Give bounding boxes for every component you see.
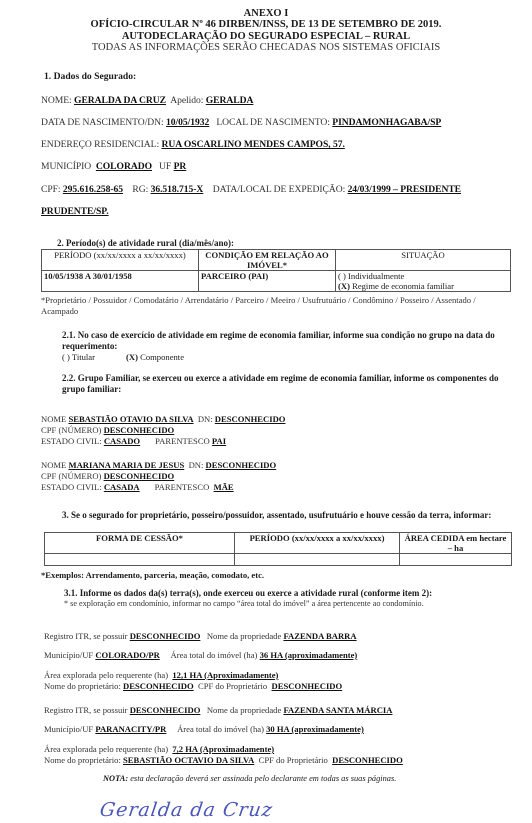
owner-cpf-label: CPF do Proprietário xyxy=(259,755,328,765)
member-cpf: DESCONHECIDO xyxy=(104,425,175,435)
total-area-value: 36 HA (aproximadamente) xyxy=(260,650,358,660)
property-name-value: FAZENDA BARRA xyxy=(283,631,356,641)
property-1-area-row: Município/UF COLORADO/PR Área total do i… xyxy=(44,650,357,660)
column-condition: CONDIÇÃO EM RELAÇÃO AO IMÓVEL* xyxy=(199,250,336,271)
property-2-itr-row: Registro ITR, se possuir DESCONHECIDO No… xyxy=(44,705,392,715)
member-civil: CASADO xyxy=(104,436,140,446)
cpf-value: 295.616.258-65 xyxy=(63,184,123,195)
nickname-value: GERALDA xyxy=(206,95,254,106)
member-kinship-label: PARENTESCO xyxy=(155,436,210,446)
table-row xyxy=(45,554,512,566)
birthplace-value: PINDAMONHAGABA/SP xyxy=(332,117,441,128)
titular-option[interactable]: ( ) Titular xyxy=(62,352,95,362)
itr-label: Registro ITR, se possuir xyxy=(44,631,128,641)
total-area-label: Área total do imóvel (ha) xyxy=(171,650,258,660)
condominium-note: * se exploração em condomínio, informar … xyxy=(64,599,424,608)
owner-value: DESCONHECIDO xyxy=(123,681,194,691)
uf-value: PR xyxy=(174,161,187,172)
explored-area-value: 7,2 HA (Aproximadamente) xyxy=(172,744,274,754)
issue-label: DATA/LOCAL DE EXPEDIÇÃO: xyxy=(213,184,346,195)
section-2-1-title: 2.1. No caso de exercício de atividade e… xyxy=(62,330,517,352)
property-1-itr-row: Registro ITR, se possuir DESCONHECIDO No… xyxy=(44,631,357,641)
verification-notice: TODAS AS INFORMAÇÕES SERÃO CHECADAS NOS … xyxy=(0,42,532,54)
explored-area-label: Área explorada pelo requerente (ha) xyxy=(44,670,168,680)
section-1-title: 1. Dados do Segurado: xyxy=(44,71,136,82)
member-cpf-label: CPF (NÚMERO) xyxy=(41,471,101,481)
cession-period-cell[interactable] xyxy=(235,554,400,566)
member-cpf-label: CPF (NÚMERO) xyxy=(41,425,101,435)
explored-area-value: 12,1 HA (Aproximadamente) xyxy=(172,670,278,680)
member-name: SEBASTIÃO OTAVIO DA SILVA xyxy=(68,414,193,424)
situation-option-individual[interactable]: ( ) Individualmente xyxy=(338,271,508,281)
itr-label: Registro ITR, se possuir xyxy=(44,705,128,715)
documents-row: CPF: 295.616.258-65 RG: 36.518.715-X DAT… xyxy=(41,184,461,195)
municipality-row: MUNICÍPIO COLORADO UF PR xyxy=(41,161,186,172)
nickname-label: Apelido: xyxy=(170,95,203,106)
property-2-area-row: Município/UF PARANACITY/PR Área total do… xyxy=(44,724,364,734)
option-label: Titular xyxy=(72,352,95,362)
member-dn: DESCONHECIDO xyxy=(206,460,277,470)
member-kinship-label: PARENTESCO xyxy=(155,482,210,492)
column-situation: SITUAÇÃO xyxy=(336,250,511,271)
ceded-area-cell[interactable] xyxy=(400,554,512,566)
cpf-label: CPF: xyxy=(41,184,61,195)
circular-reference: OFÍCIO-CIRCULAR Nº 46 DIRBEN/INSS, DE 13… xyxy=(0,19,532,31)
itr-value: DESCONHECIDO xyxy=(130,631,201,641)
cession-form-cell[interactable] xyxy=(45,554,235,566)
municipality-value: COLORADO xyxy=(96,161,152,172)
owner-value: SEBASTIÃO OCTAVIO DA SILVA xyxy=(123,755,254,765)
column-cession-form: FORMA DE CESSÃO* xyxy=(45,533,235,554)
owner-label: Nome do proprietário: xyxy=(44,755,121,765)
section-2-2-title: 2.2. Grupo Familiar, se exerceu ou exerc… xyxy=(62,373,517,395)
municipality-uf-value: COLORADO/PR xyxy=(95,650,159,660)
birthdate-label: DATA DE NASCIMENTO/DN: xyxy=(41,117,164,128)
owner-label: Nome do proprietário: xyxy=(44,681,121,691)
member-dn: DESCONHECIDO xyxy=(215,414,286,424)
period-cell: 10/05/1938 A 30/01/1958 xyxy=(42,271,199,292)
note-label: NOTA: xyxy=(103,774,128,783)
property-2-owner-block: Área explorada pelo requerente (ha) 7,2 … xyxy=(44,744,403,765)
municipality-label: MUNICÍPIO xyxy=(41,161,91,172)
total-area-label: Área total do imóvel (ha) xyxy=(177,724,264,734)
column-period: PERÍODO (xx/xx/xxxx a xx/xx/xxxx) xyxy=(42,250,199,271)
condition-cell: PARCEIRO (PAI) xyxy=(199,271,336,292)
family-member-1: NOME SEBASTIÃO OTAVIO DA SILVA DN: DESCO… xyxy=(41,414,285,447)
option-label: Componente xyxy=(140,352,184,362)
column-cession-period: PERÍODO (xx/xx/xxxx a xx/xx/xxxx) xyxy=(235,533,400,554)
name-label: NOME: xyxy=(41,95,72,106)
section-3-1-title: 3.1. Informe os dados da(s) terra(s), on… xyxy=(64,588,432,598)
checkbox-unchecked[interactable]: ( ) xyxy=(338,271,346,281)
issue-continuation: PRUDENTE/SP. xyxy=(41,206,109,217)
table-row: 10/05/1938 A 30/01/1958 PARCEIRO (PAI) (… xyxy=(42,271,511,292)
property-name-label: Nome da propriedade xyxy=(207,631,281,641)
explored-area-label: Área explorada pelo requerente (ha) xyxy=(44,744,168,754)
member-name-label: NOME xyxy=(41,414,66,424)
municipality-uf-label: Município/UF xyxy=(44,650,93,660)
member-civil-label: ESTADO CIVIL: xyxy=(41,482,102,492)
owner-cpf-value: DESCONHECIDO xyxy=(272,681,343,691)
total-area-value: 30 HA (aproximadamente) xyxy=(266,724,364,734)
rg-label: RG: xyxy=(132,184,148,195)
column-ceded-area: ÁREA CEDIDA em hectare – ha xyxy=(400,533,512,554)
section-3-title: 3. Se o segurado for proprietário, posse… xyxy=(62,510,517,521)
rg-value: 36.518.715-X xyxy=(151,184,204,195)
note-text: esta declaração deverá ser assinada pelo… xyxy=(128,774,396,783)
municipality-uf-value: PARANACITY/PR xyxy=(95,724,166,734)
member-name: MARIANA MARIA DE JESUS xyxy=(68,460,184,470)
issue-value: 24/03/1999 – PRESIDENTE xyxy=(348,184,461,195)
checkbox-checked[interactable]: (X) xyxy=(126,352,138,362)
member-civil: CASADA xyxy=(104,482,140,492)
cession-footnote: *Exemplos: Arrendamento, parceria, meaçã… xyxy=(41,570,264,580)
uf-label: UF xyxy=(159,161,171,172)
rural-activity-table: PERÍODO (xx/xx/xxxx a xx/xx/xxxx) CONDIÇ… xyxy=(41,249,511,292)
issue-value-continued: PRUDENTE/SP. xyxy=(41,206,109,217)
table-header-row: FORMA DE CESSÃO* PERÍODO (xx/xx/xxxx a x… xyxy=(45,533,512,554)
municipality-uf-label: Município/UF xyxy=(44,724,93,734)
option-label: Regime de economia familiar xyxy=(352,281,454,291)
member-kinship: MÃE xyxy=(214,482,234,492)
owner-cpf-label: CPF do Proprietário xyxy=(198,681,267,691)
birth-row: DATA DE NASCIMENTO/DN: 10/05/1932 LOCAL … xyxy=(41,117,441,128)
land-cession-table: FORMA DE CESSÃO* PERÍODO (xx/xx/xxxx a x… xyxy=(44,532,512,566)
address-value: RUA OSCARLINO MENDES CAMPOS, 57. xyxy=(161,139,344,150)
property-1-owner-block: Área explorada pelo requerente (ha) 12,1… xyxy=(44,670,342,691)
address-row: ENDEREÇO RESIDENCIAL: RUA OSCARLINO MEND… xyxy=(41,139,345,150)
family-member-2: NOME MARIANA MARIA DE JESUS DN: DESCONHE… xyxy=(41,460,276,493)
checkbox-checked[interactable]: (X) xyxy=(338,281,350,291)
property-name-value: FAZENDA SANTA MÁRCIA xyxy=(283,705,392,715)
member-kinship: PAI xyxy=(212,436,226,446)
table-header-row: PERÍODO (xx/xx/xxxx a xx/xx/xxxx) CONDIÇ… xyxy=(42,250,511,271)
birthplace-label: LOCAL DE NASCIMENTO: xyxy=(216,117,330,128)
member-dn-label: DN: xyxy=(198,414,213,424)
situation-cell: ( ) Individualmente (X) Regime de econom… xyxy=(336,271,511,292)
name-value: GERALDA DA CRUZ xyxy=(74,95,166,106)
birthdate-value: 10/05/1932 xyxy=(166,117,209,128)
member-cpf: DESCONHECIDO xyxy=(104,471,175,481)
condition-footnote: *Proprietário / Possuidor / Comodatário … xyxy=(41,295,511,317)
itr-value: DESCONHECIDO xyxy=(130,705,201,715)
section-2-title: 2. Período(s) de atividade rural (dia/mê… xyxy=(57,238,234,248)
signature-note: NOTA: esta declaração deverá ser assinad… xyxy=(103,774,396,783)
member-civil-label: ESTADO CIVIL: xyxy=(41,436,102,446)
insured-name-row: NOME: GERALDA DA CRUZ Apelido: GERALDA xyxy=(41,95,253,106)
componente-option[interactable]: (X) Componente xyxy=(126,352,184,362)
option-label: Individualmente xyxy=(348,271,404,281)
handwritten-signature: Geralda da Cruz xyxy=(98,799,274,821)
address-label: ENDEREÇO RESIDENCIAL: xyxy=(41,139,159,150)
member-dn-label: DN: xyxy=(189,460,204,470)
property-name-label: Nome da propriedade xyxy=(207,705,281,715)
owner-cpf-value: DESCONHECIDO xyxy=(332,755,403,765)
checkbox-unchecked[interactable]: ( ) xyxy=(62,352,70,362)
member-name-label: NOME xyxy=(41,460,66,470)
situation-option-family[interactable]: (X) Regime de economia familiar xyxy=(338,281,508,291)
